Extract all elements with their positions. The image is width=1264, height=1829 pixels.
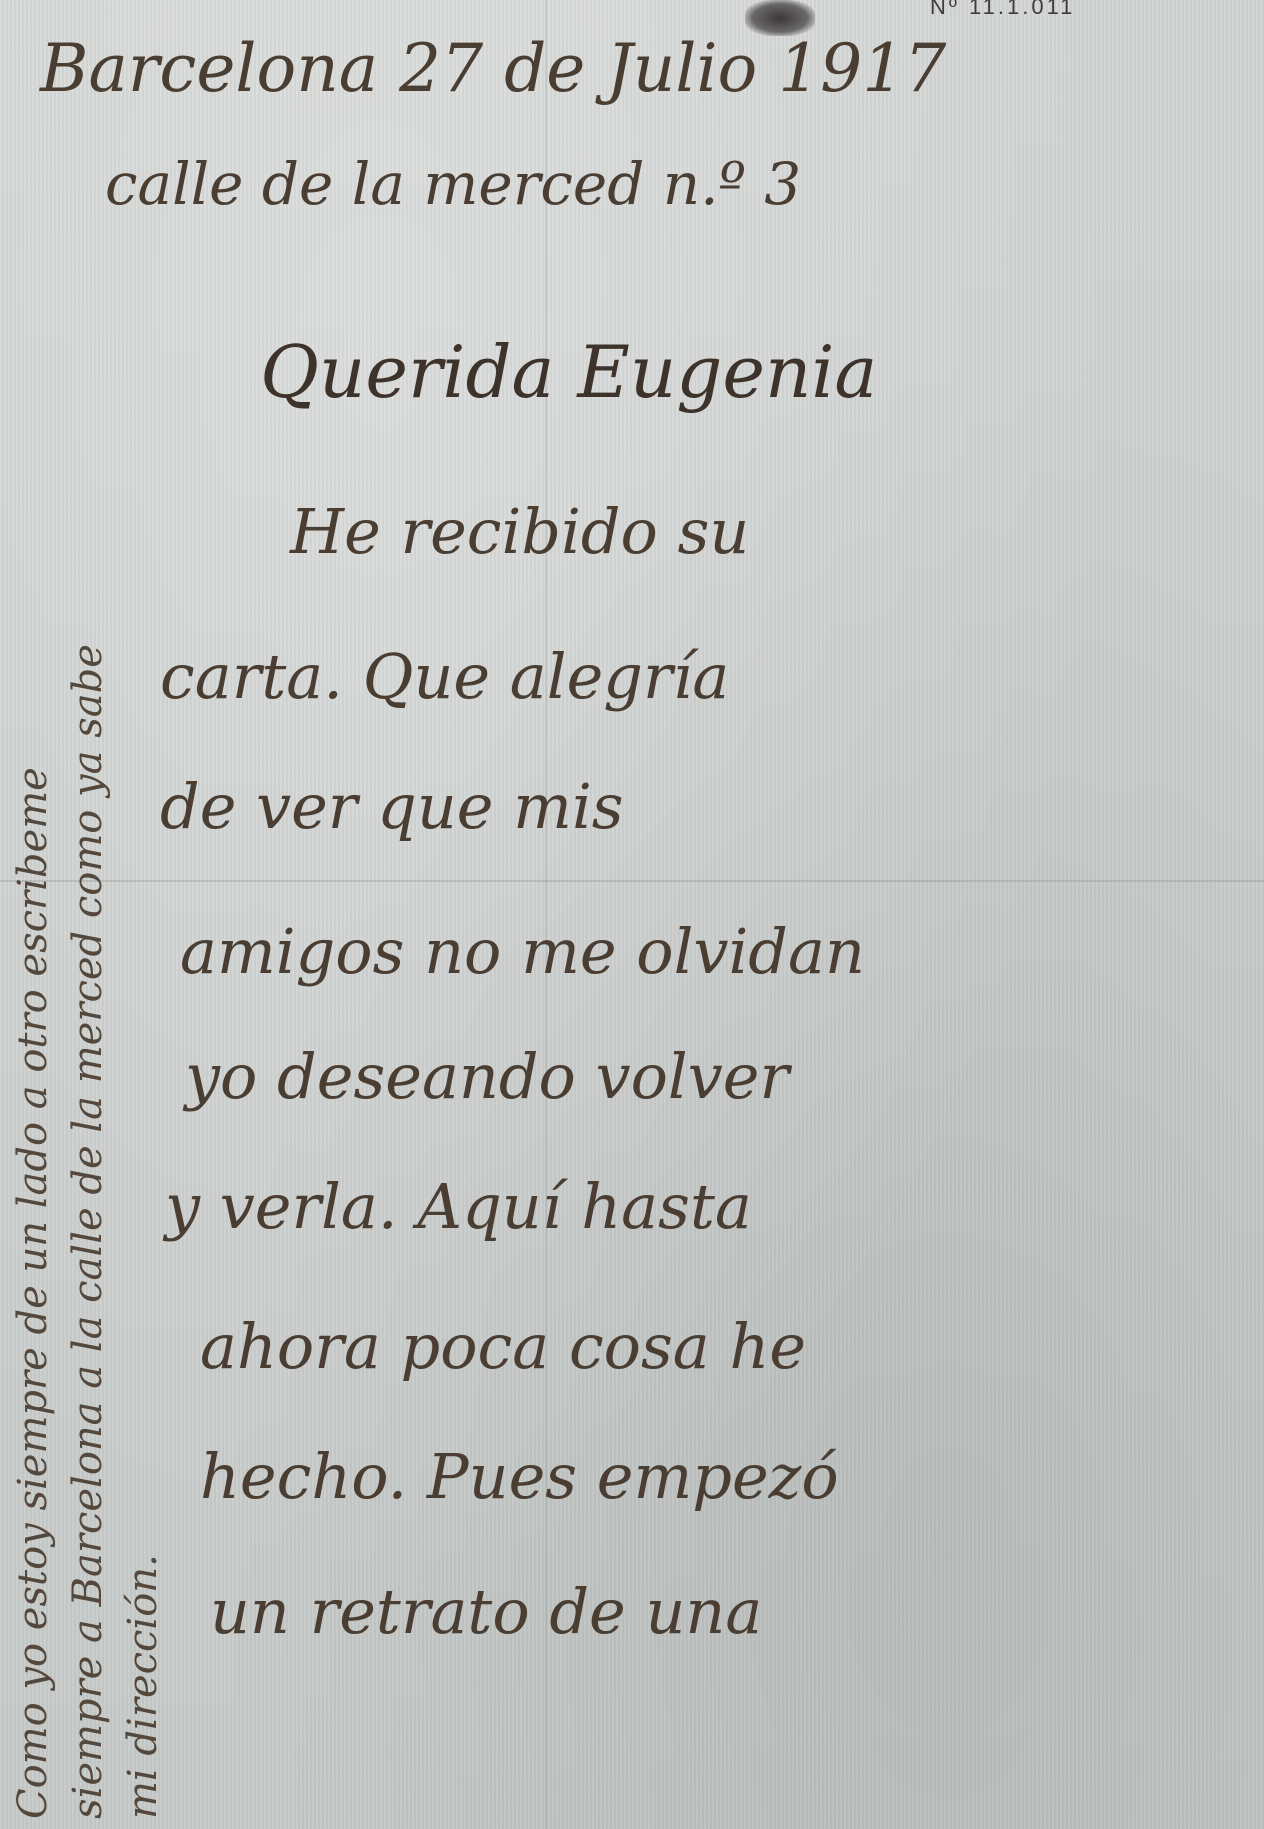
- body-line: amigos no me olvidan: [180, 915, 865, 988]
- body-line: hecho. Pues empezó: [200, 1440, 839, 1513]
- letter-paper: Nº 11.1.011 Barcelona 27 de Julio 1917 c…: [0, 0, 1264, 1829]
- body-line: carta. Que alegría: [160, 640, 729, 713]
- body-line: y verla. Aquí hasta: [165, 1170, 752, 1243]
- margin-note-line: siempre a Barcelona a la calle de la mer…: [65, 644, 111, 1819]
- body-line: ahora poca cosa he: [200, 1310, 806, 1383]
- body-line: yo deseando volver: [185, 1040, 789, 1113]
- body-line: He recibido su: [290, 495, 749, 568]
- body-line: un retrato de una: [210, 1575, 762, 1648]
- greeting: Querida Eugenia: [260, 330, 877, 414]
- margin-note-line: mi dirección.: [120, 1554, 166, 1819]
- fold-crease-horizontal: [0, 880, 1264, 882]
- body-line: de ver que mis: [160, 770, 624, 843]
- margin-note: Como yo estoy siempre de un lado a otro …: [0, 0, 180, 1829]
- address: calle de la merced n.º 3: [105, 150, 801, 218]
- archive-number: Nº 11.1.011: [930, 0, 1075, 20]
- margin-note-line: Como yo estoy siempre de un lado a otro …: [10, 767, 56, 1819]
